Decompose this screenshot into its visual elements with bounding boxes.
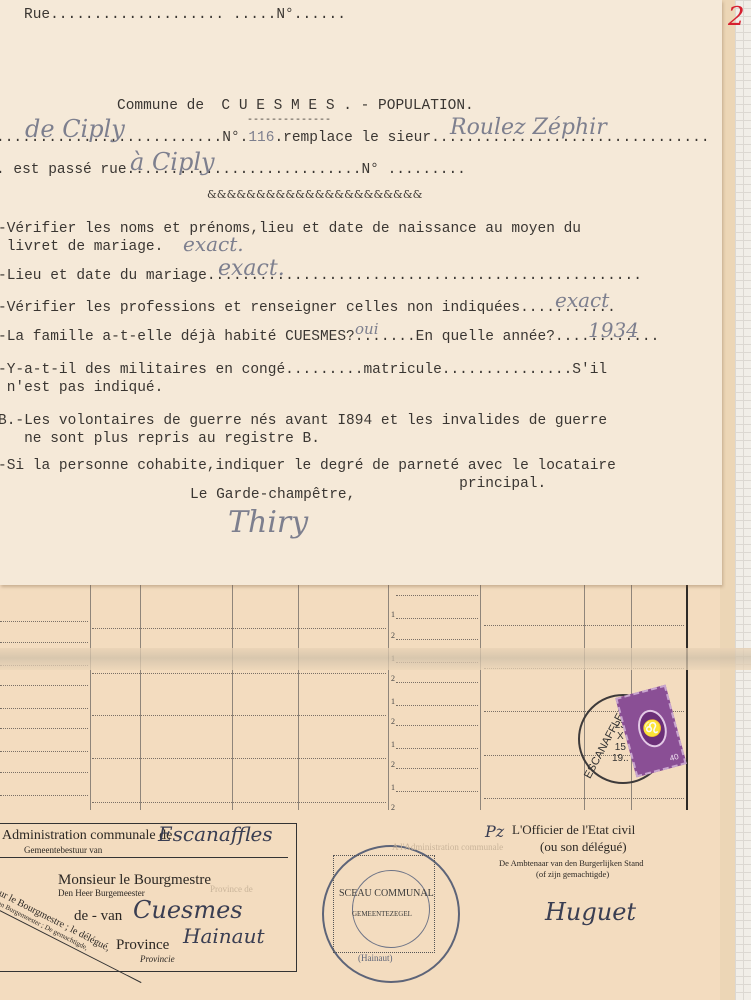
seal-label-nl: GEMEENTEZEGEL (352, 910, 412, 918)
row-number: 1 (391, 697, 395, 706)
admin-commune-value: Escanaffles (158, 822, 273, 846)
item-marriage: -Lieu et date du mariage................… (0, 268, 642, 284)
signatory-label: Le Garde-champêtre, (190, 487, 355, 503)
answer-professions: exact (555, 288, 609, 312)
province-value: Hainaut (183, 924, 264, 948)
garde-champetre-signature: Thiry (228, 505, 308, 540)
handwritten-origin: de Ciply (25, 115, 125, 143)
addressee-nl: Den Heer Burgemeester (58, 888, 145, 898)
item-volunteers: B.-Les volontaires de guerre nés avant I… (0, 412, 607, 448)
row-number: 1 (391, 740, 395, 749)
paper-edge-strip (720, 0, 735, 1000)
seal-dotted-box (333, 855, 435, 953)
item-verify-names: -Vérifier les noms et prénoms,lieu et da… (0, 220, 581, 256)
admin-address-box: Administration communale de Gemeentebest… (0, 823, 297, 972)
seal-province: (Hainaut) (358, 953, 392, 963)
answer-verify-names: exact. (183, 232, 244, 256)
officer-title-nl: De Ambtenaar van den Burgerlijken Stand (499, 858, 644, 868)
seal-label: SCEAU COMMUNAL (339, 888, 434, 899)
bleed-through-text: A l'Administration communale (392, 842, 503, 852)
passe-line: . est passé rue.........................… (0, 162, 466, 178)
bleed-through-text: Province de (210, 884, 253, 894)
paper-fold-crease (0, 648, 751, 670)
answer-marriage: exact. (218, 256, 285, 281)
officer-title: L'Officier de l'Etat civil (512, 822, 635, 838)
de-van-value: Cuesmes (133, 896, 243, 924)
province-label-nl: Provincie (140, 954, 175, 964)
row-number: 2 (391, 760, 395, 769)
row-number: 1 (391, 783, 395, 792)
officer-subtitle: (ou son délégué) (540, 839, 627, 855)
graph-paper-edge (735, 0, 751, 1000)
answer-year: 1934 (588, 318, 639, 342)
ornament-line: &&&&&&&&&&&&&&&&&&&&&& (207, 188, 422, 201)
lion-icon: ♌ (634, 707, 671, 751)
addressee-fr: Monsieur le Bourgmestre (58, 872, 211, 889)
province-label: Province (116, 937, 169, 954)
admin-label-fr: Administration communale de (2, 828, 172, 844)
officer-initials: Pz (485, 822, 504, 841)
officer-signature: Huguet (545, 898, 636, 926)
handwritten-name: Roulez Zéphir (450, 115, 607, 140)
handwritten-street: à Ciply (130, 148, 215, 176)
item-family-resided: -La famille a-t-elle déjà habité CUESMES… (0, 329, 659, 345)
item-military: -Y-a-t-il des militaires en congé.......… (0, 361, 607, 397)
red-margin-mark: 2 (728, 2, 745, 32)
admin-label-nl: Gemeentebestuur van (24, 845, 102, 855)
row-number: 2 (391, 803, 395, 812)
row-number: 2 (391, 674, 395, 683)
officer-subtitle-nl: (of zijn gemachtigde) (536, 869, 609, 879)
typed-population-form: Rue.................... .....N°...... Co… (0, 0, 722, 585)
item-professions: -Vérifier les professions et renseigner … (0, 300, 616, 316)
title-underline: -------------- (247, 115, 331, 126)
answer-resided: oui (355, 320, 379, 338)
de-van-label: de - van (74, 908, 122, 925)
row-number: 1 (391, 610, 395, 619)
row-number: 2 (391, 717, 395, 726)
form-title: Commune de C U E S M E S . - POPULATION. (117, 98, 474, 114)
rue-line: Rue.................... .....N°...... (24, 7, 346, 23)
row-number: 2 (391, 631, 395, 640)
